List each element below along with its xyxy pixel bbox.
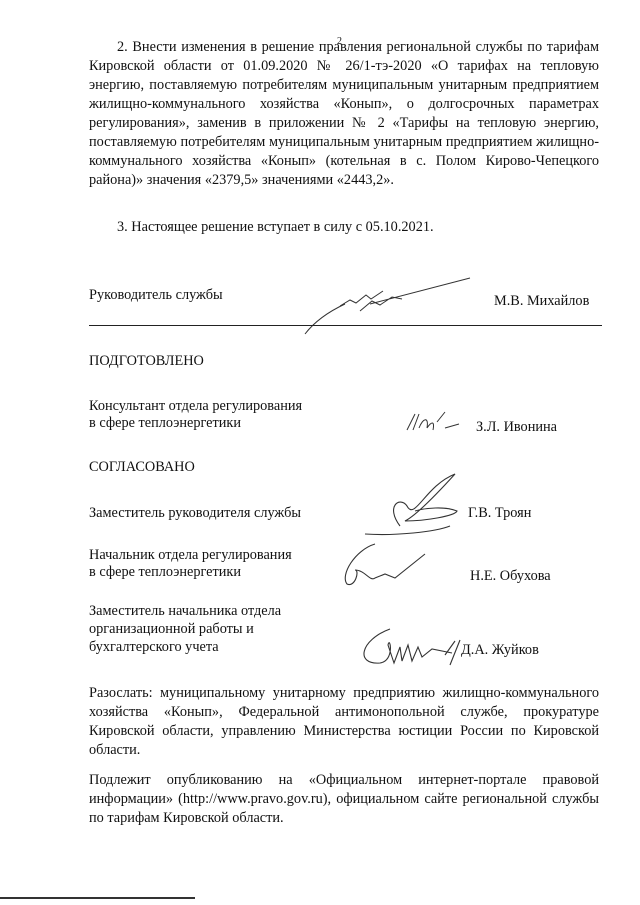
prepared-signature <box>405 408 465 434</box>
prepared-heading: ПОДГОТОВЛЕНО <box>89 352 204 371</box>
agreed-signer-1-position: Заместитель руководителя службы <box>89 504 301 523</box>
prepared-position-line2: в сфере теплоэнергетики <box>89 414 241 433</box>
agreed-signer-3-name: Д.А. Жуйков <box>461 641 539 660</box>
publication-notice: Подлежит опубликованию на «Официальном и… <box>89 771 599 828</box>
footer-line <box>0 897 195 899</box>
signer-3-signature <box>350 625 470 670</box>
agreed-signer-2-position-line2: в сфере теплоэнергетики <box>89 563 241 582</box>
agreed-signer-3-position-line2: организационной работы и <box>89 620 254 639</box>
agreed-signer-3-position-line3: бухгалтерского учета <box>89 638 219 657</box>
agreed-heading: СОГЛАСОВАНО <box>89 458 195 477</box>
head-signature <box>300 276 480 336</box>
agreed-signer-2-name: Н.Е. Обухова <box>470 567 551 586</box>
head-position: Руководитель службы <box>89 286 223 305</box>
signer-2-signature <box>335 540 445 590</box>
head-name: М.В. Михайлов <box>494 292 589 311</box>
separator-line <box>89 325 602 326</box>
publication-text: Подлежит опубликованию на «Официальном и… <box>89 771 599 828</box>
agreed-signer-1-name: Г.В. Троян <box>468 504 531 523</box>
prepared-name: З.Л. Ивонина <box>476 418 557 437</box>
item-3-text: 3. Настоящее решение вступает в силу с 0… <box>89 218 599 237</box>
item-2-text: 2. Внести изменения в решение правления … <box>89 38 599 190</box>
signer-1-signature <box>345 466 475 536</box>
agreed-signer-3-position-line1: Заместитель начальника отдела <box>89 602 281 621</box>
distribution-list: Разослать: муниципальному унитарному пре… <box>89 684 599 760</box>
body-item-2: 2. Внести изменения в решение правления … <box>89 38 599 190</box>
body-item-3: 3. Настоящее решение вступает в силу с 0… <box>89 218 599 237</box>
distribution-text: Разослать: муниципальному унитарному пре… <box>89 684 599 760</box>
